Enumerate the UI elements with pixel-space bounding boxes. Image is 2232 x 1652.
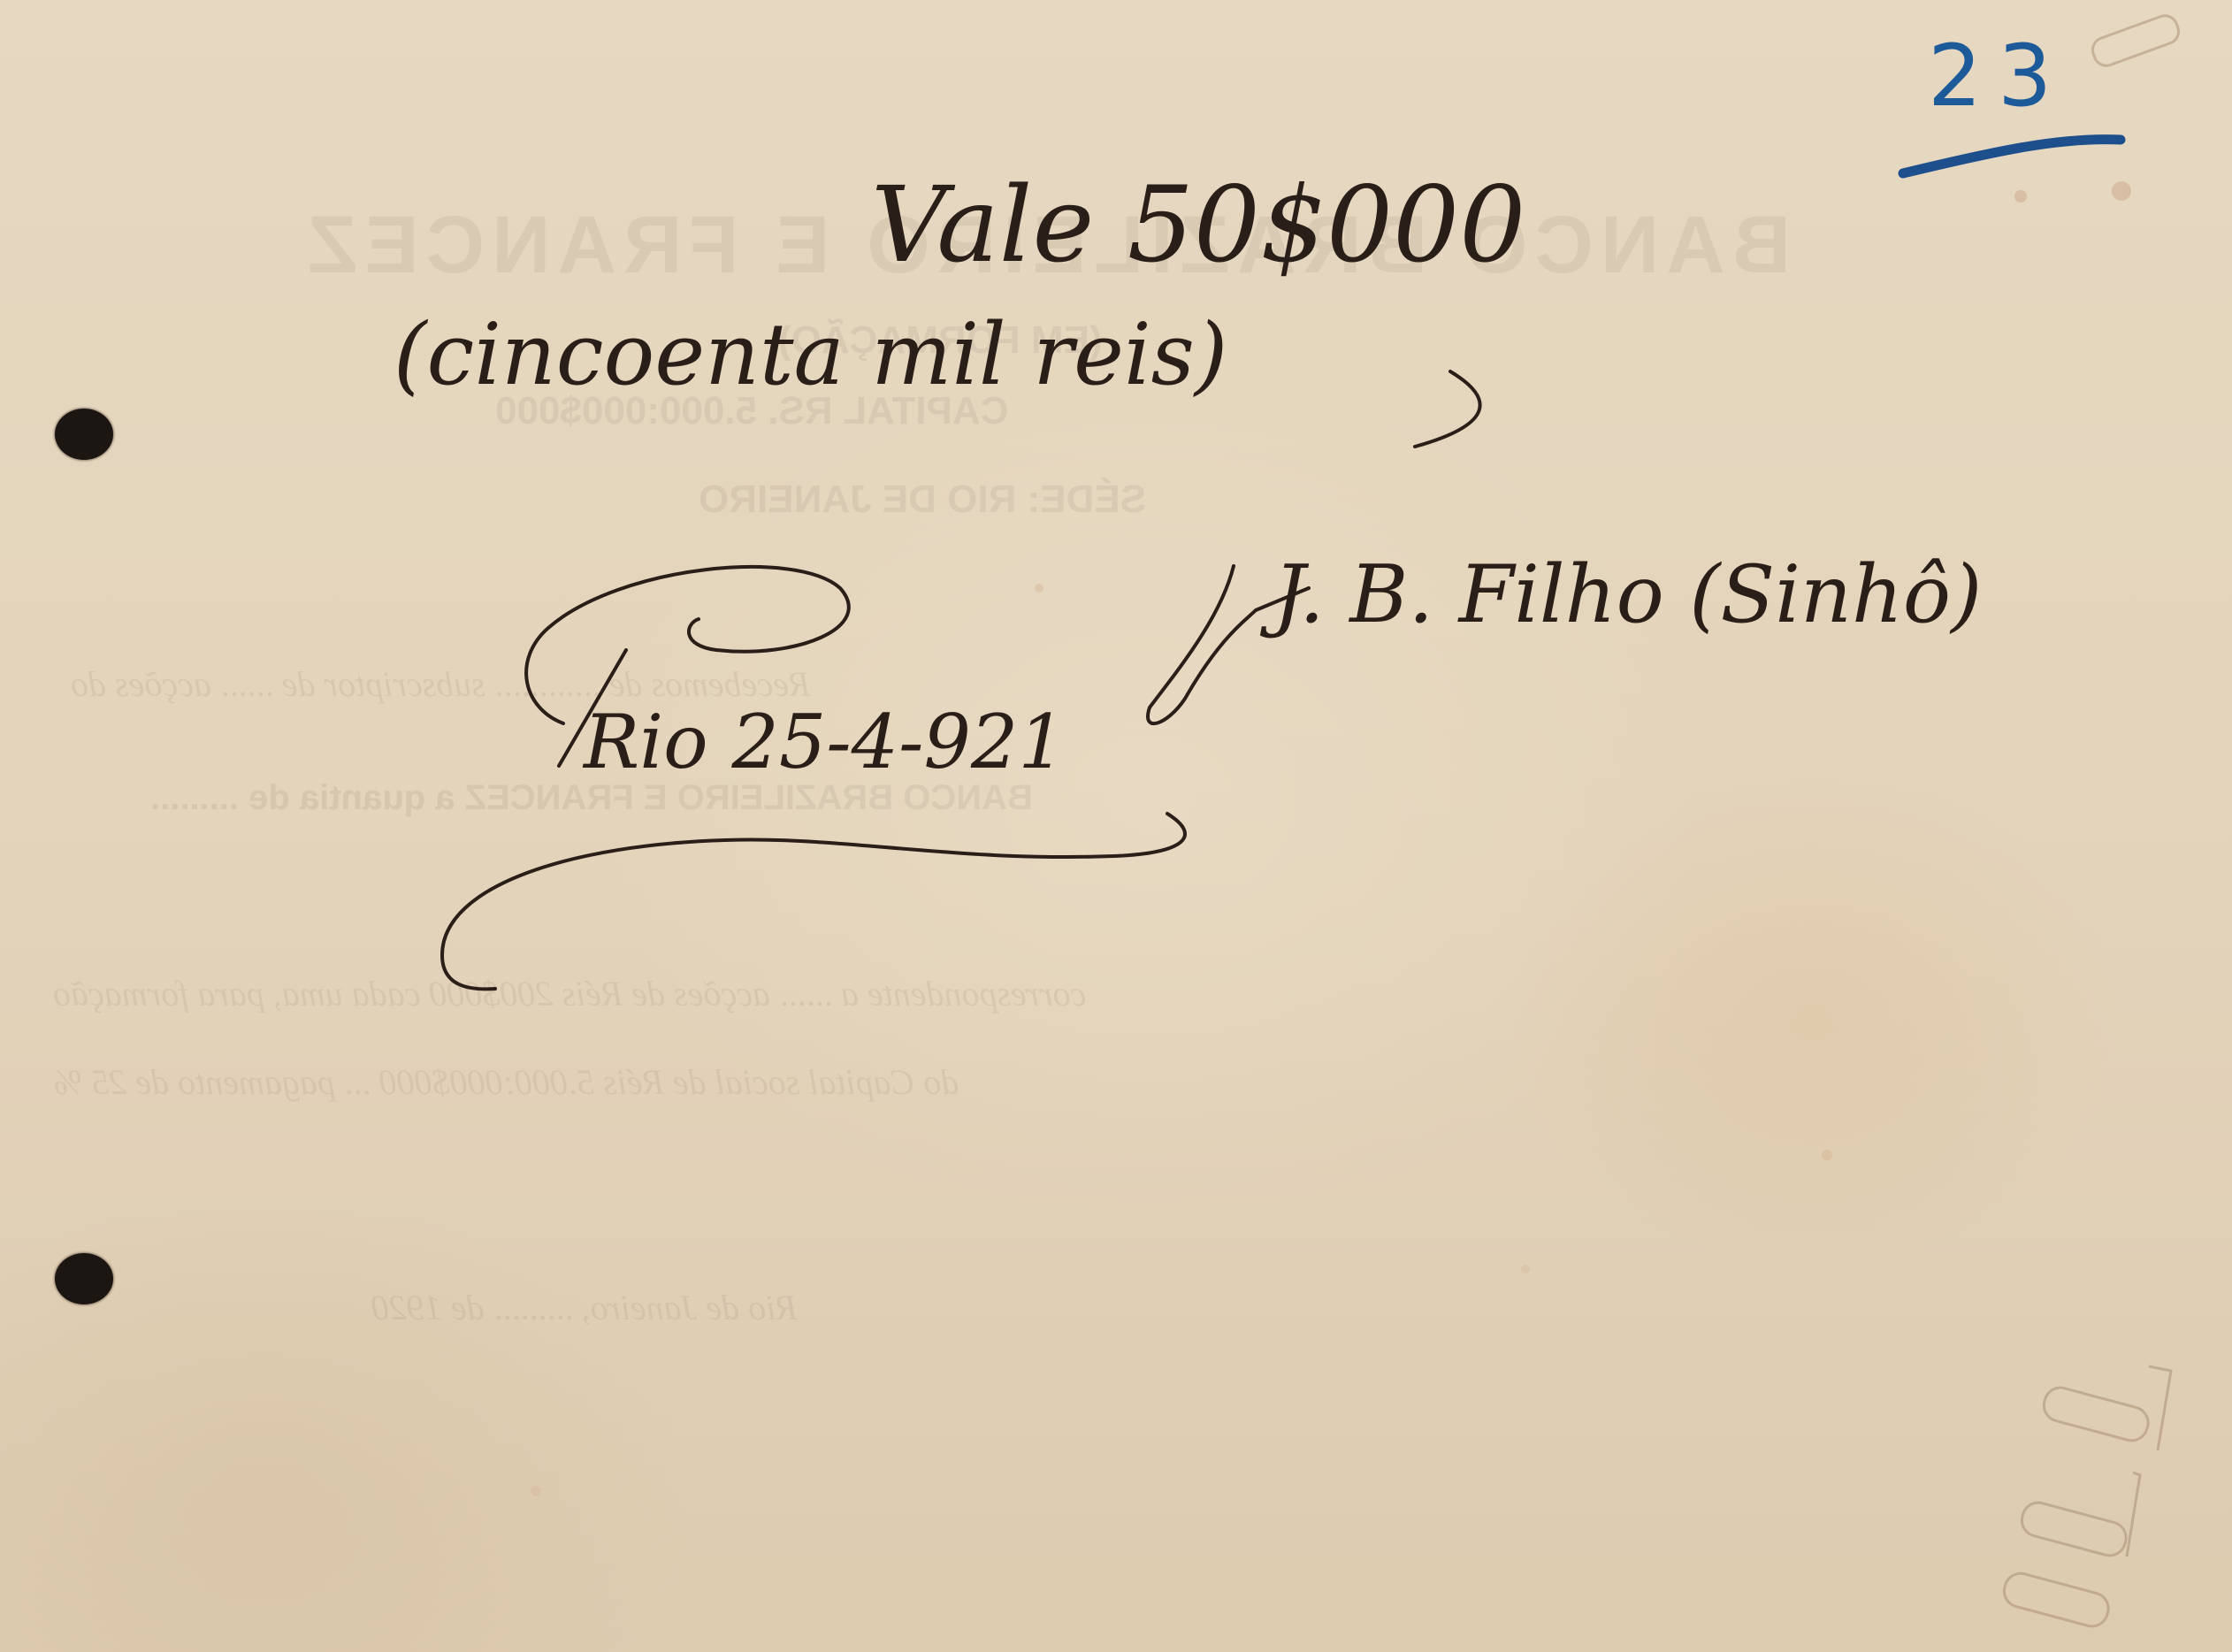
document-page: BANCO BRAZILEIRO E FRANCEZ (EM FORMAÇÃO)… [0,0,2232,1652]
handwritten-place-date: Rio 25-4-921 [584,699,1066,785]
handwritten-amount-in-words: (cincoenta mil reis) [394,305,1227,404]
handwritten-amount: Vale 50$000 [871,164,1525,286]
handwritten-signature: J. B. Filho (Sinhô) [1273,548,1982,641]
watermark [2000,12,2182,1630]
